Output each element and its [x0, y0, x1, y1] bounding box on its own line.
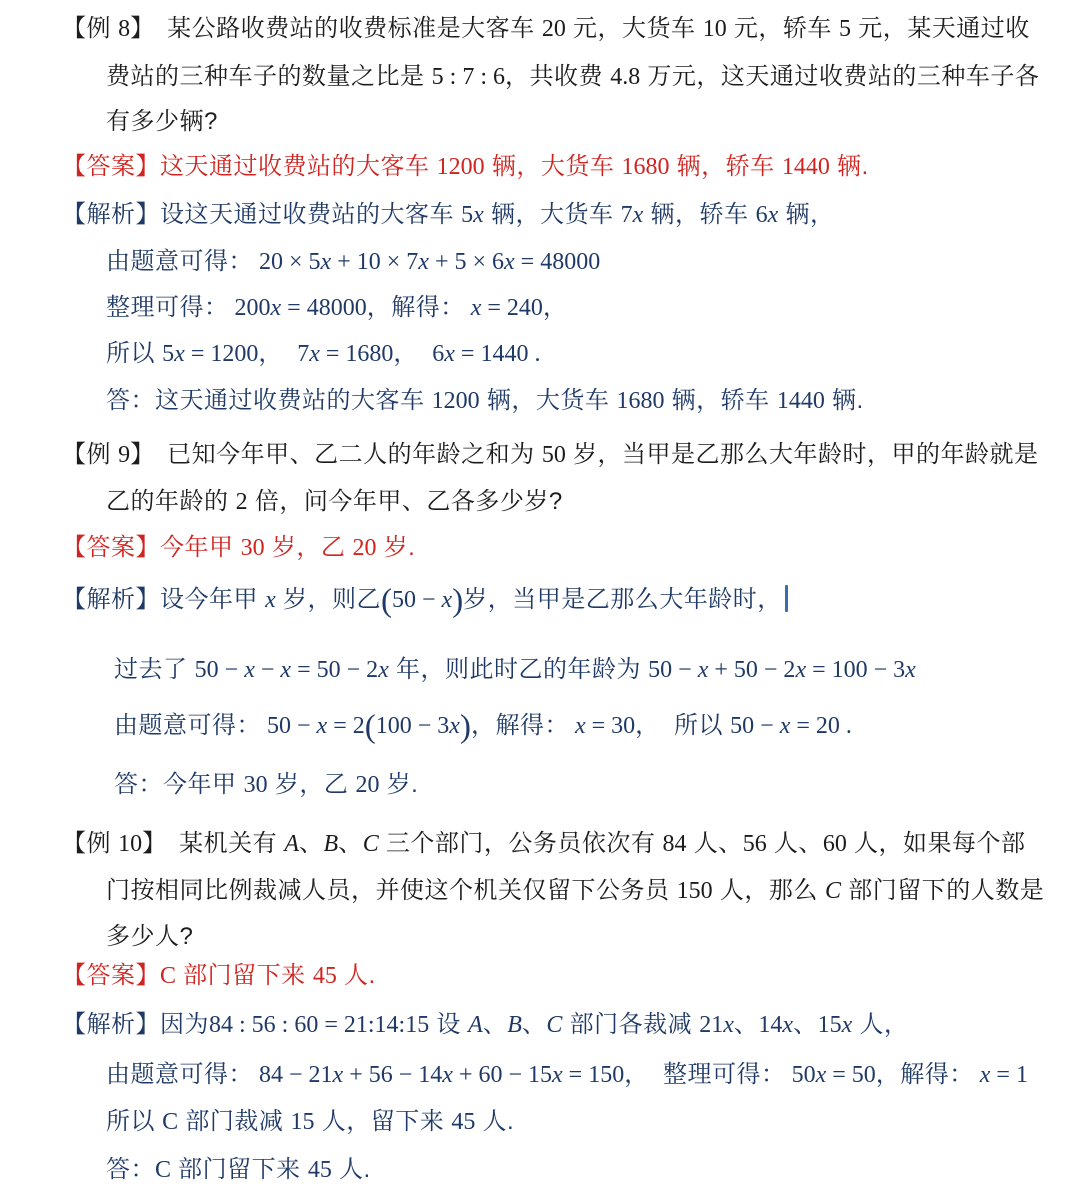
example10-answer: 【答案】C 部门留下来 45 人. — [62, 960, 376, 992]
math-segment: 5 : 7 : 6 — [432, 64, 505, 90]
text-segment: 倍，问今年甲、乙各多少岁? — [248, 488, 563, 515]
text-segment: 岁. — [377, 534, 416, 561]
example8-analysis-line3: 整理可得： 200x = 48000，解得： x = 240， — [106, 292, 567, 324]
example9-analysis-line2: 过去了 50 − x − x = 50 − 2x 年，则此时乙的年龄为 50 −… — [114, 654, 916, 686]
math-segment: = 30 — [586, 713, 636, 739]
math-segment: x — [471, 295, 482, 321]
text-segment: 费站的三种车子的数量之比是 — [106, 63, 432, 90]
math-segment: + 5 × 6 — [429, 249, 504, 275]
math-segment: ( — [365, 709, 376, 745]
text-segment: 【解析】设今年甲 — [62, 586, 265, 613]
math-segment: + 50 − 2 — [708, 657, 795, 683]
text-segment: ， 整理可得： — [624, 1061, 785, 1088]
text-segment: 由题意可得： — [106, 248, 253, 275]
text-segment: 过去了 — [114, 656, 195, 683]
math-segment: C — [160, 963, 176, 989]
text-segment: 所以 — [106, 340, 162, 367]
text-segment: 辆. — [825, 387, 864, 414]
math-segment: 5 — [461, 202, 473, 228]
text-segment: 岁，当甲是乙那么大年龄时， — [463, 586, 782, 613]
text-segment: ， — [258, 340, 297, 367]
math-segment: 200 — [229, 295, 271, 321]
math-segment: x — [265, 587, 276, 613]
text-segment: ，解得： — [367, 294, 465, 321]
math-segment: x — [698, 657, 709, 683]
document-page[interactable]: 【例 8】 某公路收费站的收费标准是大客车 20 元，大货车 10 元，轿车 5… — [0, 0, 1080, 1193]
math-segment: 5 — [162, 341, 174, 367]
text-segment: 某机关有 — [179, 830, 284, 857]
text-segment: 部门留下来 — [176, 962, 313, 989]
math-segment: 7 — [621, 202, 633, 228]
math-segment: 1440 — [782, 154, 830, 180]
math-segment: = 2 — [327, 713, 365, 739]
example8-statement-line3: 有多少辆? — [106, 106, 218, 138]
example8-statement-line1: 【例 8】 某公路收费站的收费标准是大客车 20 元，大货车 10 元，轿车 5… — [62, 13, 1030, 45]
text-segment: 【例 — [62, 441, 118, 468]
math-segment: A — [284, 831, 299, 857]
example9-analysis-line1: 【解析】设今年甲 x 岁，则乙(50 − x)岁，当甲是乙那么大年龄时， — [62, 584, 788, 616]
math-segment: 6 — [756, 202, 768, 228]
math-segment: = 50 — [826, 1062, 876, 1088]
math-segment: x — [782, 1012, 793, 1038]
text-segment: 部门各裁减 — [562, 1011, 699, 1038]
text-segment: 【例 — [62, 830, 118, 857]
math-segment: 7 — [297, 341, 309, 367]
text-segment: 岁，乙 — [268, 771, 356, 798]
math-segment: + 10 × 7 — [331, 249, 418, 275]
text-segment: 人，留下来 — [315, 1108, 452, 1135]
text-segment: 人、 — [767, 830, 823, 857]
math-segment: 9 — [118, 442, 130, 468]
math-segment: 150 — [677, 878, 713, 904]
math-segment: x — [575, 713, 586, 739]
math-segment: x — [795, 657, 806, 683]
text-segment: 部门留下的人数是 — [841, 877, 1044, 904]
math-segment: 50 − — [648, 657, 698, 683]
math-segment: x — [449, 713, 460, 739]
math-segment: A — [468, 1012, 483, 1038]
text-segment: 辆， — [778, 201, 834, 228]
math-segment: 1200 — [432, 388, 480, 414]
math-segment: + 60 − 15 — [453, 1062, 552, 1088]
text-segment: 【例 — [62, 15, 118, 42]
math-segment: 21 — [699, 1012, 723, 1038]
math-segment: + 56 − 14 — [343, 1062, 442, 1088]
math-segment: 1680 — [622, 154, 670, 180]
math-segment: 45 — [451, 1109, 475, 1135]
text-segment: 部门裁减 — [178, 1108, 290, 1135]
math-segment: 50 − — [392, 587, 442, 613]
text-segment: 辆，轿车 — [643, 201, 755, 228]
text-segment: 辆. — [830, 153, 869, 180]
text-segment: 【答案】这天通过收费站的大客车 — [62, 153, 437, 180]
text-segment: 【答案】今年甲 — [62, 534, 241, 561]
example8-analysis-line1: 【解析】设这天通过收费站的大客车 5x 辆，大货车 7x 辆，轿车 6x 辆， — [62, 199, 835, 231]
text-segment: 岁. — [380, 771, 419, 798]
math-segment: 84 — [663, 831, 687, 857]
text-segment: 设 — [429, 1011, 468, 1038]
text-segment: ，共收费 — [505, 63, 610, 90]
math-segment: x — [723, 1012, 734, 1038]
text-segment: 岁，当甲是乙那么大年龄时，甲的年龄就是 — [566, 441, 1039, 468]
math-segment: = 50 − 2 — [291, 657, 378, 683]
math-segment: = 1200 — [185, 341, 259, 367]
math-segment: 6 — [432, 341, 444, 367]
text-segment: 辆，轿车 — [670, 153, 782, 180]
text-segment: 部门留下来 — [171, 1156, 308, 1183]
text-segment: 万元，这天通过收费站的三种车子各 — [640, 63, 1039, 90]
math-segment: 10 — [703, 16, 727, 42]
math-segment: x — [317, 713, 328, 739]
math-segment: C — [162, 1109, 178, 1135]
text-segment: 三个部门，公务员依次有 — [379, 830, 663, 857]
math-segment: 20 — [542, 16, 566, 42]
math-segment: = 1 — [990, 1062, 1028, 1088]
math-segment: 14 — [758, 1012, 782, 1038]
math-segment: ( — [381, 583, 392, 619]
math-segment: 50 − — [195, 657, 245, 683]
math-segment: x — [321, 249, 332, 275]
math-segment: = 100 − 3 — [806, 657, 905, 683]
text-segment: 【答案】 — [62, 962, 160, 989]
text-segment: 已知今年甲、乙二人的年龄之和为 — [167, 441, 542, 468]
math-segment: = 1680 — [320, 341, 394, 367]
math-segment: x — [418, 249, 429, 275]
text-segment: 元，轿车 — [727, 15, 839, 42]
math-segment: x — [280, 657, 291, 683]
text-segment: 多少人? — [106, 923, 193, 950]
text-segment: 有多少辆? — [106, 108, 218, 135]
example10-analysis-line2: 由题意可得： 84 − 21x + 56 − 14x + 60 − 15x = … — [106, 1059, 1028, 1091]
example9-answer: 【答案】今年甲 30 岁，乙 20 岁. — [62, 532, 415, 564]
math-segment: C — [155, 1157, 171, 1183]
math-segment: 2 — [236, 489, 248, 515]
example8-answer: 【答案】这天通过收费站的大客车 1200 辆，大货车 1680 辆，轿车 144… — [62, 151, 869, 183]
text-segment: 、 — [793, 1011, 818, 1038]
math-segment: x — [780, 713, 791, 739]
math-segment: x — [174, 341, 185, 367]
math-segment: 5 — [839, 16, 851, 42]
math-segment: 30 — [244, 772, 268, 798]
text-segment: 辆，大货车 — [485, 153, 622, 180]
math-segment: − — [255, 657, 281, 683]
text-segment: 、 — [483, 1011, 508, 1038]
text-segment: 、 — [338, 830, 363, 857]
text-segment: 辆，轿车 — [665, 387, 777, 414]
text-segment: 元，某天通过收 — [851, 15, 1030, 42]
math-segment: = 20 . — [790, 713, 852, 739]
example9-analysis-conclusion: 答：今年甲 30 岁，乙 20 岁. — [114, 769, 418, 801]
math-segment: B — [507, 1012, 522, 1038]
text-segment: 人， — [852, 1011, 908, 1038]
text-segment: 【解析】因为 — [62, 1011, 209, 1038]
text-segment: 、 — [734, 1011, 759, 1038]
math-segment: x — [244, 657, 255, 683]
text-segment: 岁，乙 — [265, 534, 353, 561]
example10-analysis-conclusion: 答：C 部门留下来 45 人. — [106, 1154, 371, 1186]
text-segment: 人、 — [687, 830, 743, 857]
example10-statement-line3: 多少人? — [106, 921, 193, 953]
text-segment: 人. — [475, 1108, 514, 1135]
math-segment: 100 − 3 — [376, 713, 450, 739]
math-segment: x — [444, 341, 455, 367]
math-segment: x — [333, 1062, 344, 1088]
math-segment: 20 — [356, 772, 380, 798]
math-segment: 15 — [818, 1012, 842, 1038]
math-segment: 1440 — [777, 388, 825, 414]
math-segment: 15 — [291, 1109, 315, 1135]
math-segment: x — [980, 1062, 991, 1088]
text-segment: 门按相同比例裁减人员，并使这个机关仅留下公务员 — [106, 877, 677, 904]
math-segment: = 48000 — [515, 249, 601, 275]
text-segment: 答：今年甲 — [114, 771, 244, 798]
math-segment: B — [324, 831, 339, 857]
math-segment: = 1440 . — [455, 341, 541, 367]
math-segment: C — [363, 831, 379, 857]
math-segment: x — [552, 1062, 563, 1088]
math-segment: = 150 — [563, 1062, 625, 1088]
math-segment: x — [378, 657, 389, 683]
text-segment: ， — [543, 294, 568, 321]
text-segment: 、 — [299, 830, 324, 857]
math-segment: 84 − 21 — [253, 1062, 333, 1088]
text-segment: 】 — [130, 441, 167, 468]
text-segment: 由题意可得： — [106, 1061, 253, 1088]
math-segment: x — [905, 657, 916, 683]
example9-statement-line2: 乙的年龄的 2 倍，问今年甲、乙各多少岁? — [106, 486, 563, 518]
math-segment: = 48000 — [281, 295, 367, 321]
text-segment: 某公路收费站的收费标准是大客车 — [167, 15, 542, 42]
math-segment: 20 × 5 — [253, 249, 321, 275]
text-segment: 年，则此时乙的年龄为 — [389, 656, 648, 683]
example10-analysis-line1: 【解析】因为84 : 56 : 60 = 21:14:15 设 A、B、C 部门… — [62, 1009, 908, 1041]
math-segment: 1200 — [437, 154, 485, 180]
math-segment: x — [442, 1062, 453, 1088]
math-segment: ) — [460, 709, 471, 745]
math-segment: 56 — [743, 831, 767, 857]
text-segment: ， — [393, 340, 432, 367]
example9-analysis-line3: 由题意可得： 50 − x = 2(100 − 3x)，解得： x = 30， … — [114, 710, 852, 742]
text-segment: 人，如果每个部 — [847, 830, 1026, 857]
example10-statement-line1: 【例 10】 某机关有 A、B、C 三个部门，公务员依次有 84 人、56 人、… — [62, 828, 1026, 860]
text-segment: 】 — [142, 830, 179, 857]
math-segment: 45 — [313, 963, 337, 989]
math-segment: x — [842, 1012, 853, 1038]
math-segment: C — [546, 1012, 562, 1038]
math-segment: x — [633, 202, 644, 228]
text-segment: 乙的年龄的 — [106, 488, 236, 515]
math-segment: x — [768, 202, 779, 228]
text-segment: 辆，大货车 — [484, 201, 621, 228]
math-segment: x — [442, 587, 453, 613]
example8-analysis-line4: 所以 5x = 1200， 7x = 1680， 6x = 1440 . — [106, 338, 540, 370]
text-segment: 人. — [337, 962, 376, 989]
math-segment: 50 — [786, 1062, 816, 1088]
math-segment: 84 : 56 : 60 = 21:14:15 — [209, 1012, 429, 1038]
math-segment: 4.8 — [610, 64, 640, 90]
example8-statement-line2: 费站的三种车子的数量之比是 5 : 7 : 6，共收费 4.8 万元，这天通过收… — [106, 61, 1039, 93]
math-segment: x — [504, 249, 515, 275]
text-cursor — [785, 585, 788, 612]
example9-statement-line1: 【例 9】 已知今年甲、乙二人的年龄之和为 50 岁，当甲是乙那么大年龄时，甲的… — [62, 439, 1039, 471]
text-segment: ，解得： — [876, 1061, 974, 1088]
math-segment: 10 — [118, 831, 142, 857]
math-segment: 30 — [241, 535, 265, 561]
text-segment: 人，那么 — [713, 877, 825, 904]
math-segment: x — [816, 1062, 827, 1088]
math-segment: 45 — [308, 1157, 332, 1183]
text-segment: 答：这天通过收费站的大客车 — [106, 387, 432, 414]
text-segment: 元，大货车 — [566, 15, 703, 42]
math-segment: x — [473, 202, 484, 228]
math-segment: 50 − — [730, 713, 780, 739]
math-segment: ) — [452, 583, 463, 619]
text-segment: 辆，大货车 — [480, 387, 617, 414]
math-segment: = 240 — [481, 295, 543, 321]
math-segment: 60 — [823, 831, 847, 857]
example8-analysis-conclusion: 答：这天通过收费站的大客车 1200 辆，大货车 1680 辆，轿车 1440 … — [106, 385, 864, 417]
text-segment: 、 — [522, 1011, 547, 1038]
math-segment: x — [271, 295, 282, 321]
text-segment: 答： — [106, 1156, 155, 1183]
math-segment: x — [309, 341, 320, 367]
math-segment: 1680 — [617, 388, 665, 414]
example10-analysis-line3: 所以 C 部门裁减 15 人，留下来 45 人. — [106, 1106, 514, 1138]
text-segment: 岁，则乙 — [276, 586, 381, 613]
math-segment: 20 — [353, 535, 377, 561]
text-segment: 【解析】设这天通过收费站的大客车 — [62, 201, 461, 228]
example8-analysis-line2: 由题意可得： 20 × 5x + 10 × 7x + 5 × 6x = 4800… — [106, 246, 600, 278]
math-segment: 50 − — [261, 713, 317, 739]
example10-statement-line2: 门按相同比例裁减人员，并使这个机关仅留下公务员 150 人，那么 C 部门留下的… — [106, 875, 1044, 907]
text-segment: ，解得： — [471, 712, 569, 739]
text-segment: 人. — [332, 1156, 371, 1183]
text-segment: 由题意可得： — [114, 712, 261, 739]
text-segment: ， 所以 — [635, 712, 730, 739]
math-segment: C — [825, 878, 841, 904]
text-segment: 】 — [130, 15, 167, 42]
text-segment: 所以 — [106, 1108, 162, 1135]
text-segment: 整理可得： — [106, 294, 229, 321]
math-segment: 50 — [542, 442, 566, 468]
math-segment: 8 — [118, 16, 130, 42]
